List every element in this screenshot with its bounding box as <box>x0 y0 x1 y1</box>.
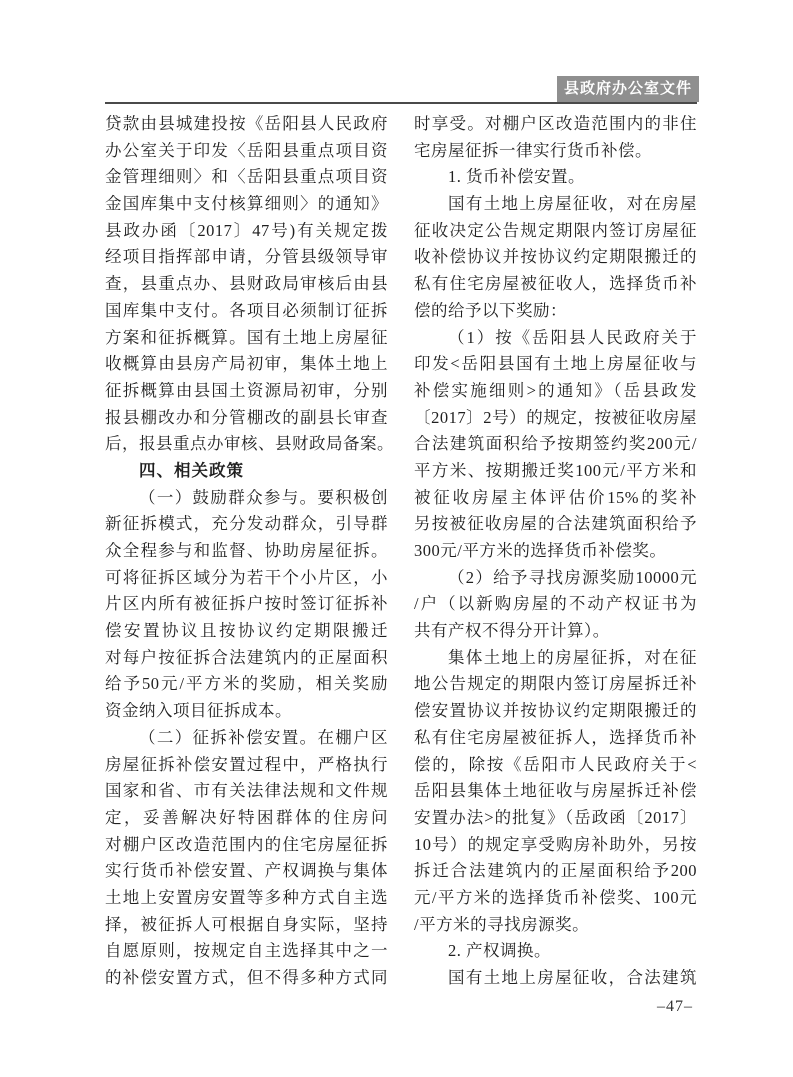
text-line: 拆迁合法建筑内的正屋面积给予200 <box>414 858 697 885</box>
text-line: 岳阳县集体土地征收与房屋拆迁补偿 <box>414 778 697 805</box>
text-line: 定，妥善解决好特困群体的住房问题。 <box>105 805 388 832</box>
column-right: 时享受。对棚户区改造范围内的非住宅房屋征拆一律实行货币补偿。1. 货币补偿安置。… <box>414 111 697 992</box>
text-line: 时享受。对棚户区改造范围内的非住 <box>414 111 697 138</box>
text-line: 片区内所有被征拆户按时签订征拆补 <box>105 591 388 618</box>
text-line: 私有住宅房屋被征收人，选择货币补 <box>414 271 697 298</box>
text-line: /平方米的寻找房源奖。 <box>414 912 697 939</box>
text-line: （二）征拆补偿安置。在棚户区 <box>105 725 388 752</box>
text-line: 查，县重点办、县财政局审核后由县 <box>105 271 388 298</box>
text-line: （1）按《岳阳县人民政府关于 <box>414 325 697 352</box>
text-line: 国库集中支付。各项目必须制订征拆 <box>105 298 388 325</box>
text-line: 10号）的规定享受购房补助外，另按 <box>414 832 697 859</box>
page-number: –47– <box>657 998 693 1016</box>
text-line: 1. 货币补偿安置。 <box>414 164 697 191</box>
text-line: 300元/平方米的选择货币补偿奖。 <box>414 538 697 565</box>
text-line: 国家和省、市有关法律法规和文件规 <box>105 778 388 805</box>
text-line: 众全程参与和监督、协助房屋征拆。 <box>105 538 388 565</box>
column-left: 贷款由县城建投按《岳阳县人民政府办公室关于印发〈岳阳县重点项目资金管理细则〉和〈… <box>105 111 388 992</box>
text-line: 收补偿协议并按协议约定期限搬迁的 <box>414 244 697 271</box>
text-line: /户（以新购房屋的不动产权证书为准， <box>414 591 697 618</box>
text-line: （2）给予寻找房源奖励10000元 <box>414 565 697 592</box>
text-line: 安置办法>的批复》（岳政函〔2017〕 <box>414 805 697 832</box>
text-line: 集体土地上的房屋征拆，对在征 <box>414 645 697 672</box>
text-line: 征拆概算由县国土资源局初审，分别 <box>105 378 388 405</box>
text-line: 贷款由县城建投按《岳阳县人民政府 <box>105 111 388 138</box>
body-columns: 贷款由县城建投按《岳阳县人民政府办公室关于印发〈岳阳县重点项目资金管理细则〉和〈… <box>105 111 697 992</box>
text-line: 对棚户区改造范围内的住宅房屋征拆 <box>105 832 388 859</box>
header-label: 县政府办公室文件 <box>557 76 699 102</box>
text-line: 县政办函〔2017〕47号)有关规定拨付， <box>105 218 388 245</box>
text-line: 合法建筑面积给予按期签约奖200元/ <box>414 431 697 458</box>
text-line: 房屋征拆补偿安置过程中，严格执行 <box>105 752 388 779</box>
text-line: 新征拆模式，充分发动群众，引导群 <box>105 511 388 538</box>
text-line: 给予50元/平方米的奖励，相关奖励 <box>105 671 388 698</box>
text-line: 的补偿安置方式，但不得多种方式同 <box>105 965 388 992</box>
text-line: 国有土地上房屋征收，对在房屋 <box>414 191 697 218</box>
text-line: 共有产权不得分开计算）。 <box>414 618 697 645</box>
text-line: 另按被征收房屋的合法建筑面积给予 <box>414 511 697 538</box>
text-line: 偿安置协议并按协议约定期限搬迁的 <box>414 698 697 725</box>
text-line: 收概算由县房产局初审，集体土地上 <box>105 351 388 378</box>
text-line: 金管理细则〉和〈岳阳县重点项目资 <box>105 164 388 191</box>
text-line: 宅房屋征拆一律实行货币补偿。 <box>414 138 697 165</box>
text-line: 〔2017〕2号）的规定，按被征收房屋 <box>414 405 697 432</box>
text-line: 地公告规定的期限内签订房屋拆迁补 <box>414 671 697 698</box>
text-line: 2. 产权调换。 <box>414 938 697 965</box>
text-line: 征收决定公告规定期限内签订房屋征 <box>414 218 697 245</box>
text-line: 平方米、按期搬迁奖100元/平方米和 <box>414 458 697 485</box>
text-line: 可将征拆区域分为若干个小片区，小 <box>105 565 388 592</box>
text-line: 偿的给予以下奖励： <box>414 298 697 325</box>
text-line: 印发<岳阳县国有土地上房屋征收与 <box>414 351 697 378</box>
text-line: 后，报县重点办审核、县财政局备案。 <box>105 431 388 458</box>
text-line: 办公室关于印发〈岳阳县重点项目资 <box>105 138 388 165</box>
text-line: 土地上安置房安置等多种方式自主选 <box>105 885 388 912</box>
text-line: 被征收房屋主体评估价15%的奖补外， <box>414 485 697 512</box>
text-line: 自愿原则，按规定自主选择其中之一 <box>105 938 388 965</box>
text-line: 私有住宅房屋被征拆人，选择货币补 <box>414 725 697 752</box>
text-line: 对每户按征拆合法建筑内的正屋面积 <box>105 645 388 672</box>
text-line: 实行货币补偿安置、产权调换与集体 <box>105 858 388 885</box>
text-line: 报县棚改办和分管棚改的副县长审查 <box>105 405 388 432</box>
text-line: 择，被征拆人可根据自身实际，坚持 <box>105 912 388 939</box>
document-page: 县政府办公室文件 贷款由县城建投按《岳阳县人民政府办公室关于印发〈岳阳县重点项目… <box>0 0 793 1077</box>
header-rule <box>105 102 697 104</box>
section-heading: 四、相关政策 <box>105 458 388 485</box>
text-line: 偿的，除按《岳阳市人民政府关于< <box>414 752 697 779</box>
text-line: （一）鼓励群众参与。要积极创 <box>105 485 388 512</box>
text-line: 方案和征拆概算。国有土地上房屋征 <box>105 325 388 352</box>
text-line: 资金纳入项目征拆成本。 <box>105 698 388 725</box>
text-line: 元/平方米的选择货币补偿奖、100元 <box>414 885 697 912</box>
text-line: 偿安置协议且按协议约定期限搬迁的， <box>105 618 388 645</box>
text-line: 国有土地上房屋征收，合法建筑 <box>414 965 697 992</box>
text-line: 补偿实施细则>的通知》（岳县政发 <box>414 378 697 405</box>
text-line: 经项目指挥部申请，分管县级领导审 <box>105 244 388 271</box>
text-line: 金国库集中支付核算细则〉的通知》(岳 <box>105 191 388 218</box>
